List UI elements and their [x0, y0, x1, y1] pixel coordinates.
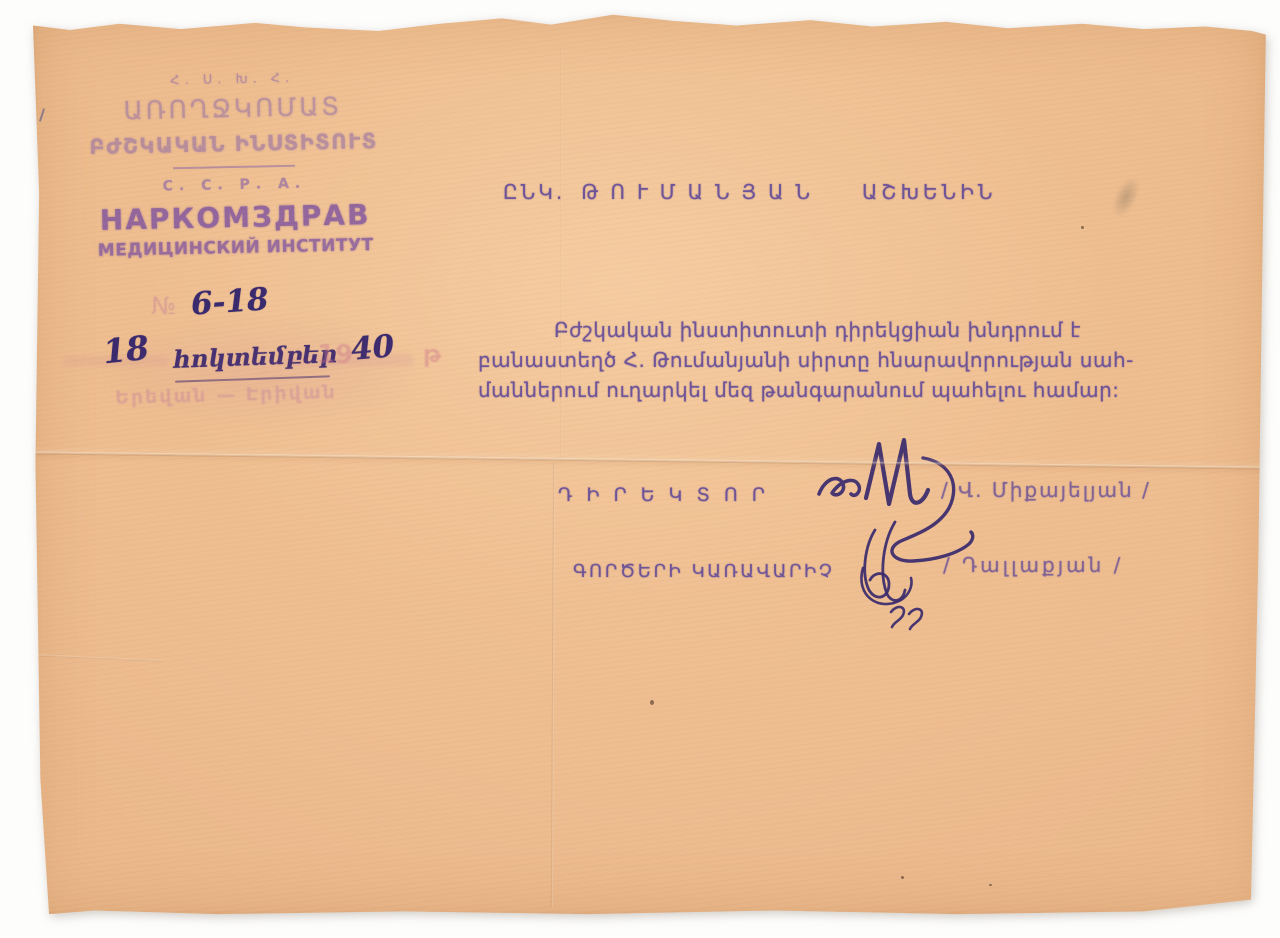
horizontal-fold-crease: [25, 451, 1277, 469]
letterhead-medical-institute-armenian: ԲԺՇԿԱԿԱՆ ԻՆՍՏԻՏՈՒՏ: [52, 128, 414, 160]
letterhead-stamp: Հ. Ս. Խ. Հ. ԱՌՈՂՋԿՈՄԱՏ ԲԺՇԿԱԿԱՆ ԻՆՍՏԻՏՈՒ…: [51, 68, 417, 262]
recipient-firstname: ԱՇԽԵՆԻՆ: [862, 180, 997, 204]
vertical-fold-crease: [551, 462, 555, 907]
director-title: ԴԻՐԵԿՏՈՐ: [558, 484, 779, 506]
paper-fiber: [39, 108, 45, 122]
recipient-prefix: ԸՆԿ.: [503, 180, 565, 204]
letterhead-narkomzdrav: НАРКОМЗДРАВ: [54, 197, 417, 238]
paper-speck: [650, 700, 654, 705]
letterhead-health-committee: ԱՌՈՂՋԿՈՄԱՏ: [52, 90, 415, 127]
letterhead-medical-institute-russian: МЕДИЦИНСКИЙ ИНСТИТУТ: [55, 234, 417, 262]
faded-ink-stain: [93, 312, 433, 432]
gray-smudge: [1107, 172, 1146, 221]
paper-speck: [901, 876, 904, 879]
vertical-fold-crease-faint: [560, 44, 562, 458]
letterhead-republic-abbr: Հ. Ս. Խ. Հ.: [51, 68, 413, 91]
letterhead-ssra: С. С. Р. А.: [53, 173, 415, 197]
director-name: / Վ. Միքայելյան /: [941, 478, 1151, 502]
body-line: Բժշկական ինստիտուտի դիրեկցիան խնդրում է: [478, 315, 1178, 345]
body-line: մաններում ուղարկել մեզ թանգարանում պահել…: [478, 378, 1120, 402]
paper-speck: [989, 884, 992, 886]
numero-stamp: №: [151, 292, 176, 320]
paper-speck: [1081, 226, 1084, 229]
small-crease: [33, 654, 163, 662]
recipient-surname: ԹՈՒՄԱՆՅԱՆ: [581, 180, 822, 204]
manager-signature-scribble: [823, 512, 968, 642]
document-scan: Հ. Ս. Խ. Հ. ԱՌՈՂՋԿՈՄԱՏ ԲԺՇԿԱԿԱՆ ԻՆՍՏԻՏՈՒ…: [0, 0, 1280, 938]
body-line: բանաստեղծ Հ. Թումանյանի սիրտը հնարավորու…: [478, 348, 1134, 372]
letterhead-divider: [173, 165, 295, 170]
paper-sheet: Հ. Ս. Խ. Հ. ԱՌՈՂՋԿՈՄԱՏ ԲԺՇԿԱԿԱՆ ԻՆՍՏԻՏՈՒ…: [33, 12, 1267, 915]
body-paragraph: Բժշկական ինստիտուտի դիրեկցիան խնդրում է …: [478, 315, 1178, 405]
recipient-line: ԸՆԿ. ԹՈՒՄԱՆՅԱՆ ԱՇԽԵՆԻՆ: [503, 180, 997, 204]
manager-name: / Դալլաքյան /: [943, 553, 1123, 577]
manager-title: ԳՈՐԾԵՐԻ ԿԱՌԱՎԱՐԻՉ: [573, 561, 834, 582]
